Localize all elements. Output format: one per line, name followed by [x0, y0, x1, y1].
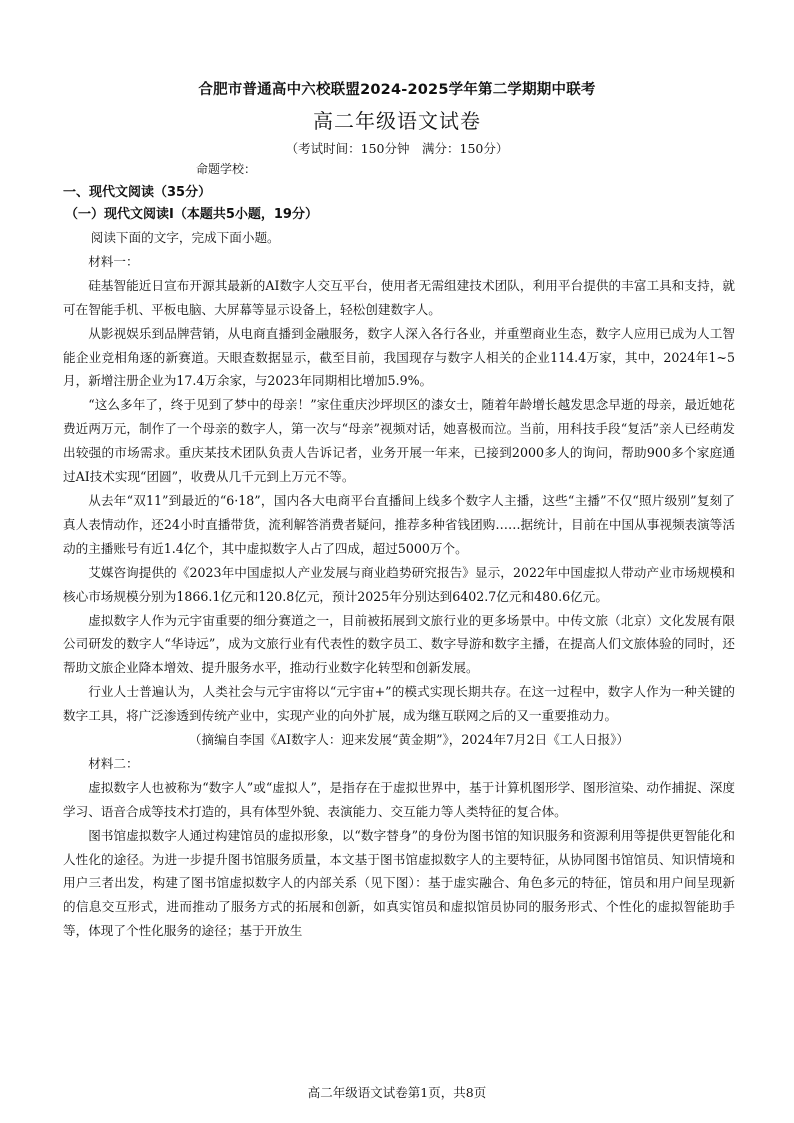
- material-1-paragraph: 虚拟数字人作为元宇宙重要的细分赛道之一，目前被拓展到文旅行业的更多场景中。中传文…: [63, 609, 735, 681]
- school-label: 命题学校：: [196, 161, 256, 177]
- paper-title: 高二年级语文试卷: [0, 108, 794, 134]
- material-1-paragraph: 艾媒咨询提供的《2023年中国虚拟人产业发展与商业趋势研究报告》显示，2022年…: [63, 561, 735, 609]
- material-1-paragraph: 从去年“双11”到最近的“6·18”，国内各大电商平台直播间上线多个数字人主播，…: [63, 489, 735, 561]
- reading-instruction: 阅读下面的文字，完成下面小题。: [63, 226, 735, 250]
- material-1-source-citation: （摘编自李国《AI数字人：迎来发展“黄金期”》，2024年7月2日《工人日报》）: [63, 728, 735, 752]
- exam-union-title: 合肥市普通高中六校联盟2024-2025学年第二学期期中联考: [0, 80, 794, 100]
- exam-content: 一、现代文阅读（35分） （一）现代文阅读Ⅰ（本题共5小题，19分） 阅读下面的…: [63, 182, 735, 943]
- material-1-paragraph: 硅基智能近日宣布开源其最新的AI数字人交互平台，使用者无需组建技术团队，利用平台…: [63, 274, 735, 322]
- material-1-label: 材料一：: [63, 250, 735, 274]
- page-footer: 高二年级语文试卷第1页，共8页: [0, 1084, 794, 1102]
- subsection-heading: （一）现代文阅读Ⅰ（本题共5小题，19分）: [65, 204, 735, 226]
- material-1-paragraph: 从影视娱乐到品牌营销，从电商直播到金融服务，数字人深入各行各业，并重塑商业生态，…: [63, 322, 735, 394]
- exam-page: 合肥市普通高中六校联盟2024-2025学年第二学期期中联考 高二年级语文试卷 …: [0, 0, 794, 1123]
- section-heading: 一、现代文阅读（35分）: [63, 182, 735, 204]
- material-2-paragraph: 虚拟数字人也被称为“数字人”或“虚拟人”，是指存在于虚拟世界中，基于计算机图形学…: [63, 776, 735, 824]
- exam-time-and-score: （考试时间：150分钟 满分：150分）: [0, 140, 794, 158]
- material-2-paragraph: 图书馆虚拟数字人通过构建馆员的虚拟形象，以“数字替身”的身份为图书馆的知识服务和…: [63, 824, 735, 944]
- exam-header: 合肥市普通高中六校联盟2024-2025学年第二学期期中联考 高二年级语文试卷 …: [0, 80, 794, 158]
- material-2-label: 材料二：: [63, 752, 735, 776]
- material-1-paragraph: 行业人士普遍认为，人类社会与元宇宙将以“元宇宙+”的模式实现长期共存。在这一过程…: [63, 680, 735, 728]
- material-1-paragraph: “这么多年了，终于见到了梦中的母亲！”家住重庆沙坪坝区的漆女士，随着年龄增长越发…: [63, 393, 735, 489]
